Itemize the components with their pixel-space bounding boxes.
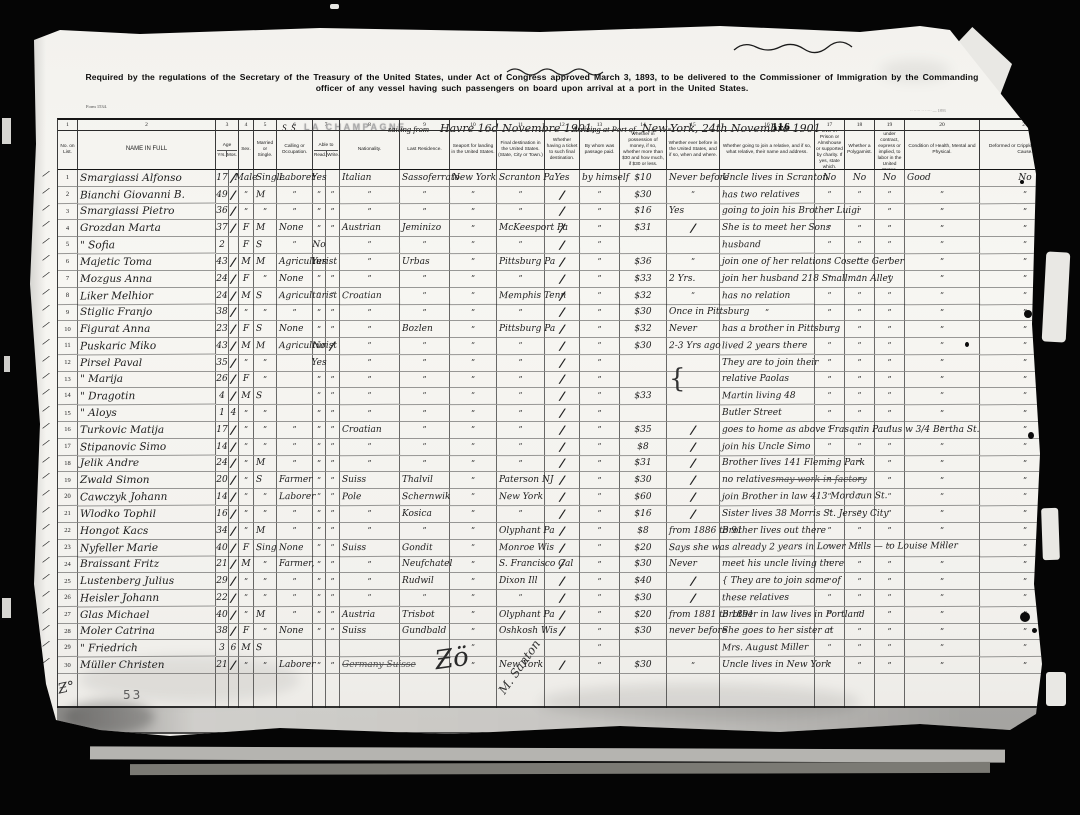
cell-sex-row22: ” — [239, 523, 254, 540]
cell-rd-row13: ” — [313, 372, 326, 389]
cell-tkt-row24: / — [545, 556, 580, 573]
cell-health-row23: ” — [905, 539, 980, 556]
cell-contract-row14: ” — [875, 388, 905, 405]
cell-tail-tkt — [545, 674, 580, 708]
cell-tkt-row3: / — [545, 204, 580, 221]
cell-ms-row30: ” — [254, 657, 277, 674]
cell-name-row3: Smargiassi Pietro — [78, 204, 216, 221]
cell-tkt-row1: Yes — [545, 170, 580, 187]
cell-rd-row6: Yes — [313, 254, 326, 271]
torn-paper-scrap-left-2 — [4, 356, 10, 372]
cell-occ-row6: Agriculturist — [277, 254, 313, 271]
column-header-nat: Nationality. — [340, 131, 400, 170]
column-number-19: 19 — [875, 120, 905, 131]
cell-no-row12: 12 — [58, 355, 78, 372]
column-header-age: AgeYrs.Mos. — [216, 131, 239, 170]
cell-name-row28: Moler Catrina — [78, 624, 216, 641]
cell-yrs-row29: 3 — [216, 640, 229, 657]
cell-port-row19: ” — [450, 472, 497, 489]
cell-name-row15: " Aloys — [78, 405, 216, 422]
cell-port-row4: ” — [450, 220, 497, 237]
cell-ms-row23: Sing — [254, 539, 277, 556]
cell-tail-rel — [720, 674, 815, 708]
column-number-6: 6 — [277, 120, 313, 131]
cell-nat-row6: ” — [340, 254, 400, 271]
cell-contract-row20: ” — [875, 489, 905, 506]
cell-res-row1: Sassoferrato — [400, 170, 450, 187]
cell-yrs-row22: 34 — [216, 523, 229, 540]
cell-ms-row18: M — [254, 456, 277, 473]
cell-before-row20: / — [667, 489, 720, 506]
cell-paid-row13: ” — [580, 372, 620, 389]
cell-ms-row16: ” — [254, 422, 277, 439]
cell-name-row5: " Sofia — [78, 237, 216, 255]
column-number-1: 1 — [58, 120, 78, 131]
cell-wr-row15: ” — [326, 405, 340, 422]
cell-port-row22: ” — [450, 523, 497, 540]
cell-nat-row8: Croatian — [340, 287, 400, 304]
cell-prison-row4: ” — [815, 220, 845, 237]
cell-prison-row7: ” — [815, 271, 845, 288]
cell-yrs-row30: 21 — [216, 657, 229, 674]
cell-tkt-row29 — [545, 640, 580, 657]
cell-port-row12: ” — [450, 355, 497, 372]
cell-no-row20: 20 — [58, 489, 78, 506]
cell-before-row9: Once in Pittsburg — [667, 304, 720, 321]
cell-no-row26: 26 — [58, 590, 78, 607]
cell-wr-row19: ” — [326, 472, 340, 489]
cell-contract-row15: ” — [875, 405, 905, 422]
cell-money-row30: $30 — [620, 657, 667, 674]
cell-ms-row14: S — [254, 388, 277, 405]
cell-money-row14: $33 — [620, 388, 667, 405]
cell-health-row2: ” — [905, 187, 980, 204]
cell-dest-row25: Dixon Ill — [497, 573, 545, 590]
cell-yrs-row13: 26 — [216, 372, 229, 389]
cell-rel-row7: join her husband 218 Smallman Alley — [720, 271, 815, 288]
cell-no-row22: 22 — [58, 523, 78, 540]
cell-prison-row19: ” — [815, 472, 845, 489]
cell-nat-row11: ” — [340, 338, 400, 355]
cell-health-row9: ” — [905, 304, 980, 321]
cell-yrs-row19: 20 — [216, 472, 229, 489]
cell-res-row3: ” — [400, 204, 450, 221]
cell-sex-row2: ” — [239, 187, 254, 204]
cell-mos-row20: / — [229, 489, 239, 506]
cell-name-row9: Stiglic Franjo — [78, 304, 216, 321]
cell-res-row17: ” — [400, 439, 450, 456]
cell-rel-row19: no relatives may work in factory — [720, 472, 815, 489]
cell-occ-row3: ” — [277, 204, 313, 221]
cell-no-row19: 19 — [58, 472, 78, 489]
cell-rel-row15: Butler Street — [720, 405, 815, 422]
cell-res-row14: ” — [400, 388, 450, 405]
cell-tkt-row26: / — [545, 590, 580, 607]
cell-before-row30: ” — [667, 657, 720, 674]
cell-dest-row10: Pittsburg Pa — [497, 321, 545, 338]
cell-yrs-row8: 24 — [216, 288, 229, 305]
cell-occ-row10: None — [277, 321, 313, 338]
cell-poly-row29: ” — [845, 640, 875, 657]
cell-yrs-row14: 4 — [216, 388, 229, 405]
cell-no-row17: 17 — [58, 439, 78, 456]
cell-yrs-row25: 29 — [216, 573, 229, 590]
cell-before-row21: / — [667, 506, 720, 523]
cell-no-row29: 29 — [58, 640, 78, 657]
cell-nat-row28: Suiss — [340, 624, 400, 641]
cell-sex-row25: ” — [239, 573, 254, 590]
cell-occ-row16: ” — [277, 422, 313, 439]
cell-sex-row18: ” — [239, 456, 254, 473]
cell-tail-res — [400, 674, 450, 708]
cell-port-row18: ” — [450, 456, 497, 473]
cell-def-row30: ” — [980, 657, 1048, 674]
cell-dest-row23: Monroe Wis — [497, 539, 545, 556]
column-number-10: 10 — [450, 120, 497, 131]
cell-name-row20: Cawczyk Johann — [78, 489, 216, 507]
cell-res-row28: Gundbald — [400, 624, 450, 641]
subcolumn-header-wr: Write. — [327, 151, 339, 158]
cell-paid-row3: ” — [580, 204, 620, 221]
cell-poly-row1: No — [845, 170, 875, 187]
cell-def-row4: ” — [980, 220, 1048, 237]
cell-def-row16: ” — [980, 422, 1048, 439]
cell-ms-row11: M — [254, 338, 277, 355]
cell-paid-row30: ” — [580, 657, 620, 674]
cell-occ-row19: Farmer — [277, 472, 313, 489]
cell-contract-row12: ” — [875, 355, 905, 372]
cell-port-row7: ” — [450, 271, 497, 288]
cell-port-row24: ” — [450, 556, 497, 573]
cell-no-row15: 15 — [58, 405, 78, 422]
cell-contract-row29: ” — [875, 640, 905, 657]
cell-no-row10: 10 — [58, 321, 78, 338]
ink-squiggle — [505, 64, 625, 78]
cell-dest-row3: ” — [497, 204, 545, 221]
cell-health-row30: ” — [905, 657, 980, 674]
column-header-name: NAME IN FULL — [78, 131, 216, 170]
cell-mos-row26: / — [229, 590, 239, 607]
cell-name-row14: " Dragotin — [78, 388, 216, 406]
cell-mos-row24: / — [229, 556, 239, 573]
cell-money-row18: $31 — [620, 456, 667, 473]
cell-no-row5: 5 — [58, 237, 78, 254]
cell-poly-row16: ” — [845, 422, 875, 439]
column-header-before: Whether ever before in the United States… — [667, 131, 720, 170]
column-number-4: 4 — [239, 120, 254, 131]
cell-health-row27: ” — [905, 607, 980, 624]
cell-no-row16: 16 — [58, 422, 78, 439]
cell-tkt-row14: / — [545, 388, 580, 405]
column-header-def: Deformed or Crippled, Nature and Cause. — [980, 131, 1048, 170]
cell-dest-row15: ” — [497, 405, 545, 422]
cell-money-row4: $31 — [620, 220, 667, 237]
cell-rel-row23 — [720, 539, 815, 556]
cell-nat-row5: ” — [340, 237, 400, 254]
cell-occ-row15 — [277, 405, 313, 422]
cell-res-row22: ” — [400, 523, 450, 540]
cell-before-row23: Says she was already 2 years in Lower Mi… — [667, 539, 720, 556]
cell-yrs-row15: 1 — [216, 405, 229, 422]
cell-res-row16: ” — [400, 422, 450, 439]
cell-yrs-row28: 38 — [216, 624, 229, 641]
cell-poly-row24: ” — [845, 556, 875, 573]
cell-sex-row19: ” — [239, 472, 254, 489]
cell-sex-row24: M — [239, 556, 254, 573]
cell-poly-row26: ” — [845, 590, 875, 607]
cell-nat-row14: ” — [340, 388, 400, 405]
cell-yrs-row26: 22 — [216, 590, 229, 607]
column-number-18: 18 — [845, 120, 875, 131]
cell-port-row15: ” — [450, 405, 497, 422]
cell-rd-row21: ” — [313, 506, 326, 523]
cell-tail-money — [620, 674, 667, 708]
cell-prison-row25: ” — [815, 573, 845, 590]
cell-health-row28: ” — [905, 624, 980, 641]
cell-paid-row17: ” — [580, 439, 620, 456]
column-header-sex: Sex. — [239, 131, 254, 170]
subcolumn-header-mos: Mos. — [227, 151, 237, 158]
cell-res-row2: ” — [400, 187, 450, 204]
cell-before-row8: ” — [667, 287, 720, 304]
cell-name-row16: Turkovic Matija — [78, 422, 216, 439]
cell-mos-row25: / — [229, 573, 239, 590]
cell-tail-nat — [340, 674, 400, 708]
cell-port-row8: ” — [450, 287, 497, 304]
cell-mos-row30: / — [229, 657, 239, 674]
cell-name-row29: " Friedrich — [78, 640, 216, 658]
cell-sex-row26: ” — [239, 590, 254, 607]
cell-poly-row5: ” — [845, 237, 875, 254]
cell-tkt-row5: / — [545, 237, 580, 254]
cell-mos-row15: 4 — [229, 405, 239, 422]
cell-mos-row21: / — [229, 506, 239, 523]
cell-money-row15 — [620, 405, 667, 422]
table-bottom-rule — [57, 706, 1043, 734]
cell-nat-row3: ” — [340, 204, 400, 221]
cell-yrs-row9: 38 — [216, 304, 229, 321]
cell-tail-yrs — [216, 674, 229, 708]
cell-res-row7: ” — [400, 271, 450, 288]
cell-tkt-row2: / — [545, 187, 580, 204]
cell-sex-row30: ” — [239, 657, 254, 674]
column-number-15: 15 — [667, 120, 720, 131]
cell-res-row24: Neufchatel — [400, 556, 450, 573]
cell-rd-row22: ” — [313, 523, 326, 540]
cell-before-row15 — [667, 405, 720, 422]
cell-def-row24: ” — [980, 556, 1048, 573]
cell-ms-row5: S — [254, 237, 277, 254]
cell-mos-row9: / — [229, 304, 239, 321]
cell-ms-row8: S — [254, 287, 277, 304]
cell-paid-row7: ” — [580, 271, 620, 288]
cell-poly-row14: ” — [845, 388, 875, 405]
cell-name-row27: Glas Michael — [78, 607, 216, 624]
cell-health-row15: ” — [905, 405, 980, 422]
cell-ms-row21: ” — [254, 506, 277, 523]
ink-blot — [965, 342, 969, 347]
cell-before-row3: Yes — [667, 204, 720, 221]
cell-ms-row15: ” — [254, 405, 277, 422]
cell-name-row22: Hongot Kacs — [78, 523, 216, 540]
cell-sex-row5: F — [239, 237, 254, 254]
cell-before-row28: never before — [667, 624, 720, 641]
cell-dest-row18: ” — [497, 456, 545, 473]
cell-dest-row22: Olyphant Pa — [497, 523, 545, 540]
cell-prison-row23: ” — [815, 539, 845, 556]
cell-mos-row10: / — [229, 321, 239, 338]
cell-yrs-row7: 24 — [216, 271, 229, 288]
cell-rel-row9: ” — [720, 304, 815, 321]
cell-port-row5: ” — [450, 237, 497, 254]
cell-contract-row30: ” — [875, 657, 905, 674]
cell-tail-paid — [580, 674, 620, 708]
cell-money-row5 — [620, 237, 667, 254]
cell-health-row12: ” — [905, 355, 980, 372]
cell-before-row27: from 1881 to 1891 — [667, 607, 720, 624]
cell-tkt-row22: / — [545, 523, 580, 540]
cell-dest-row6: Pittsburg Pa — [497, 254, 545, 271]
cell-prison-row11: ” — [815, 338, 845, 355]
cell-dest-row27: Olyphant Pa — [497, 607, 545, 624]
cell-port-row26: ” — [450, 590, 497, 607]
cell-contract-row18: ” — [875, 456, 905, 473]
cell-prison-row21: ” — [815, 506, 845, 523]
cell-dest-row19: Paterson NJ — [497, 472, 545, 489]
cell-yrs-row27: 40 — [216, 607, 229, 624]
torn-paper-scrap-left-3 — [2, 598, 11, 618]
cell-tkt-row6: / — [545, 254, 580, 271]
cell-ms-row27: M — [254, 607, 277, 624]
stacked-sheet-edge-1 — [90, 746, 1005, 762]
cell-dest-row17: ” — [497, 439, 545, 456]
cell-no-row28: 28 — [58, 624, 78, 641]
cell-wr-row8: ” — [326, 288, 340, 305]
cell-no-row24: 24 — [58, 556, 78, 573]
cell-dest-row7: ” — [497, 271, 545, 288]
torn-paper-scrap-right-lower — [1041, 508, 1060, 561]
cell-prison-row20: ” — [815, 489, 845, 506]
cell-res-row26: ” — [400, 590, 450, 607]
cell-prison-row18: ” — [815, 456, 845, 473]
cell-before-row26: / — [667, 590, 720, 607]
cell-rel-row25: { They are to join some of — [720, 573, 815, 590]
cell-def-row14: ” — [980, 388, 1048, 405]
cell-port-row27: ” — [450, 607, 497, 624]
cell-before-row24: Never — [667, 556, 720, 573]
cell-prison-row8: ” — [815, 287, 845, 304]
cell-rd-row8: ” — [313, 288, 326, 305]
cell-def-row5: ” — [980, 237, 1048, 254]
cell-port-row3: ” — [450, 204, 497, 221]
cell-paid-row16: ” — [580, 422, 620, 439]
cell-contract-row9: ” — [875, 304, 905, 321]
cell-health-row26: ” — [905, 590, 980, 607]
cell-contract-row24: ” — [875, 556, 905, 573]
cell-nat-row27: Austria — [340, 607, 400, 624]
cell-mos-row11: / — [229, 338, 239, 355]
cell-name-row19: Zwald Simon — [78, 472, 216, 489]
cell-tkt-row4: / — [545, 220, 580, 237]
cell-sex-row13: F — [239, 372, 254, 389]
cell-contract-row26: ” — [875, 590, 905, 607]
cell-def-row29: ” — [980, 640, 1048, 657]
cell-paid-row27: ” — [580, 607, 620, 624]
cell-health-row21: ” — [905, 506, 980, 523]
cell-paid-row9: ” — [580, 304, 620, 321]
cell-paid-row25: ” — [580, 573, 620, 590]
cell-occ-row11: Agriculturist — [277, 338, 313, 355]
cell-no-row14: 14 — [58, 388, 78, 405]
cell-paid-row21: ” — [580, 506, 620, 523]
cell-health-row13: ” — [905, 372, 980, 389]
cell-rd-row5: No — [313, 237, 326, 254]
cell-ms-row24: ” — [254, 556, 277, 573]
cell-health-row5: ” — [905, 237, 980, 254]
cell-wr-row3: ” — [326, 204, 340, 221]
cell-no-row11: 11 — [58, 338, 78, 355]
cell-contract-row11: ” — [875, 338, 905, 355]
cell-before-row14 — [667, 388, 720, 405]
ink-blot — [1020, 180, 1024, 184]
cell-port-row23: ” — [450, 539, 497, 556]
cell-mos-row3: / — [229, 204, 239, 221]
cell-rd-row27: ” — [313, 607, 326, 624]
cell-no-row13: 13 — [58, 372, 78, 389]
cell-def-row22: ” — [980, 523, 1048, 540]
column-header-port: Seaport for landing in the United States… — [450, 131, 497, 170]
cell-contract-row22: ” — [875, 523, 905, 540]
cell-rd-row24: ” — [313, 556, 326, 573]
cell-port-row6: ” — [450, 254, 497, 271]
cell-wr-row9: ” — [326, 304, 340, 321]
cell-wr-row16: ” — [326, 422, 340, 439]
subcolumn-header-yrs: Yrs. — [217, 151, 227, 158]
form-number: Form 1534. — [86, 104, 107, 109]
column-header-money: Whether in possession of money, if so, w… — [620, 131, 667, 170]
cell-mos-row17: / — [229, 439, 239, 456]
cell-sex-row11: M — [239, 338, 254, 355]
cell-paid-row14: ” — [580, 388, 620, 405]
column-header-occ: Calling or Occupation. — [277, 131, 313, 170]
cell-wr-row10: ” — [326, 321, 340, 338]
cell-wr-row12 — [326, 355, 340, 372]
cell-occ-row27: ” — [277, 607, 313, 624]
cell-health-row14: ” — [905, 388, 980, 405]
cell-ms-row22: M — [254, 523, 277, 540]
cell-prison-row13: ” — [815, 372, 845, 389]
cell-occ-row2: ” — [277, 187, 313, 204]
cell-health-row6: ” — [905, 254, 980, 271]
cell-nat-row9: ” — [340, 304, 400, 321]
cell-health-row19: ” — [905, 472, 980, 489]
cell-occ-row5: ” — [277, 237, 313, 254]
cell-wr-row14: ” — [326, 388, 340, 405]
cell-paid-row12: ” — [580, 355, 620, 372]
cell-money-row21: $16 — [620, 506, 667, 523]
cell-def-row23: ” — [980, 539, 1048, 556]
cell-mos-row29: 6 — [229, 640, 239, 657]
cell-mos-row6: / — [229, 254, 239, 271]
cell-tail-def — [980, 674, 1048, 708]
cell-dest-row5: ” — [497, 237, 545, 254]
cell-occ-row1: Laborer — [277, 170, 313, 187]
cell-port-row13: ” — [450, 372, 497, 389]
cell-rd-row1: Yes — [313, 170, 326, 187]
cell-no-row1: 1 — [58, 170, 78, 187]
ink-blot — [1028, 432, 1034, 439]
column-header-ms: Married or Single. — [254, 131, 277, 170]
